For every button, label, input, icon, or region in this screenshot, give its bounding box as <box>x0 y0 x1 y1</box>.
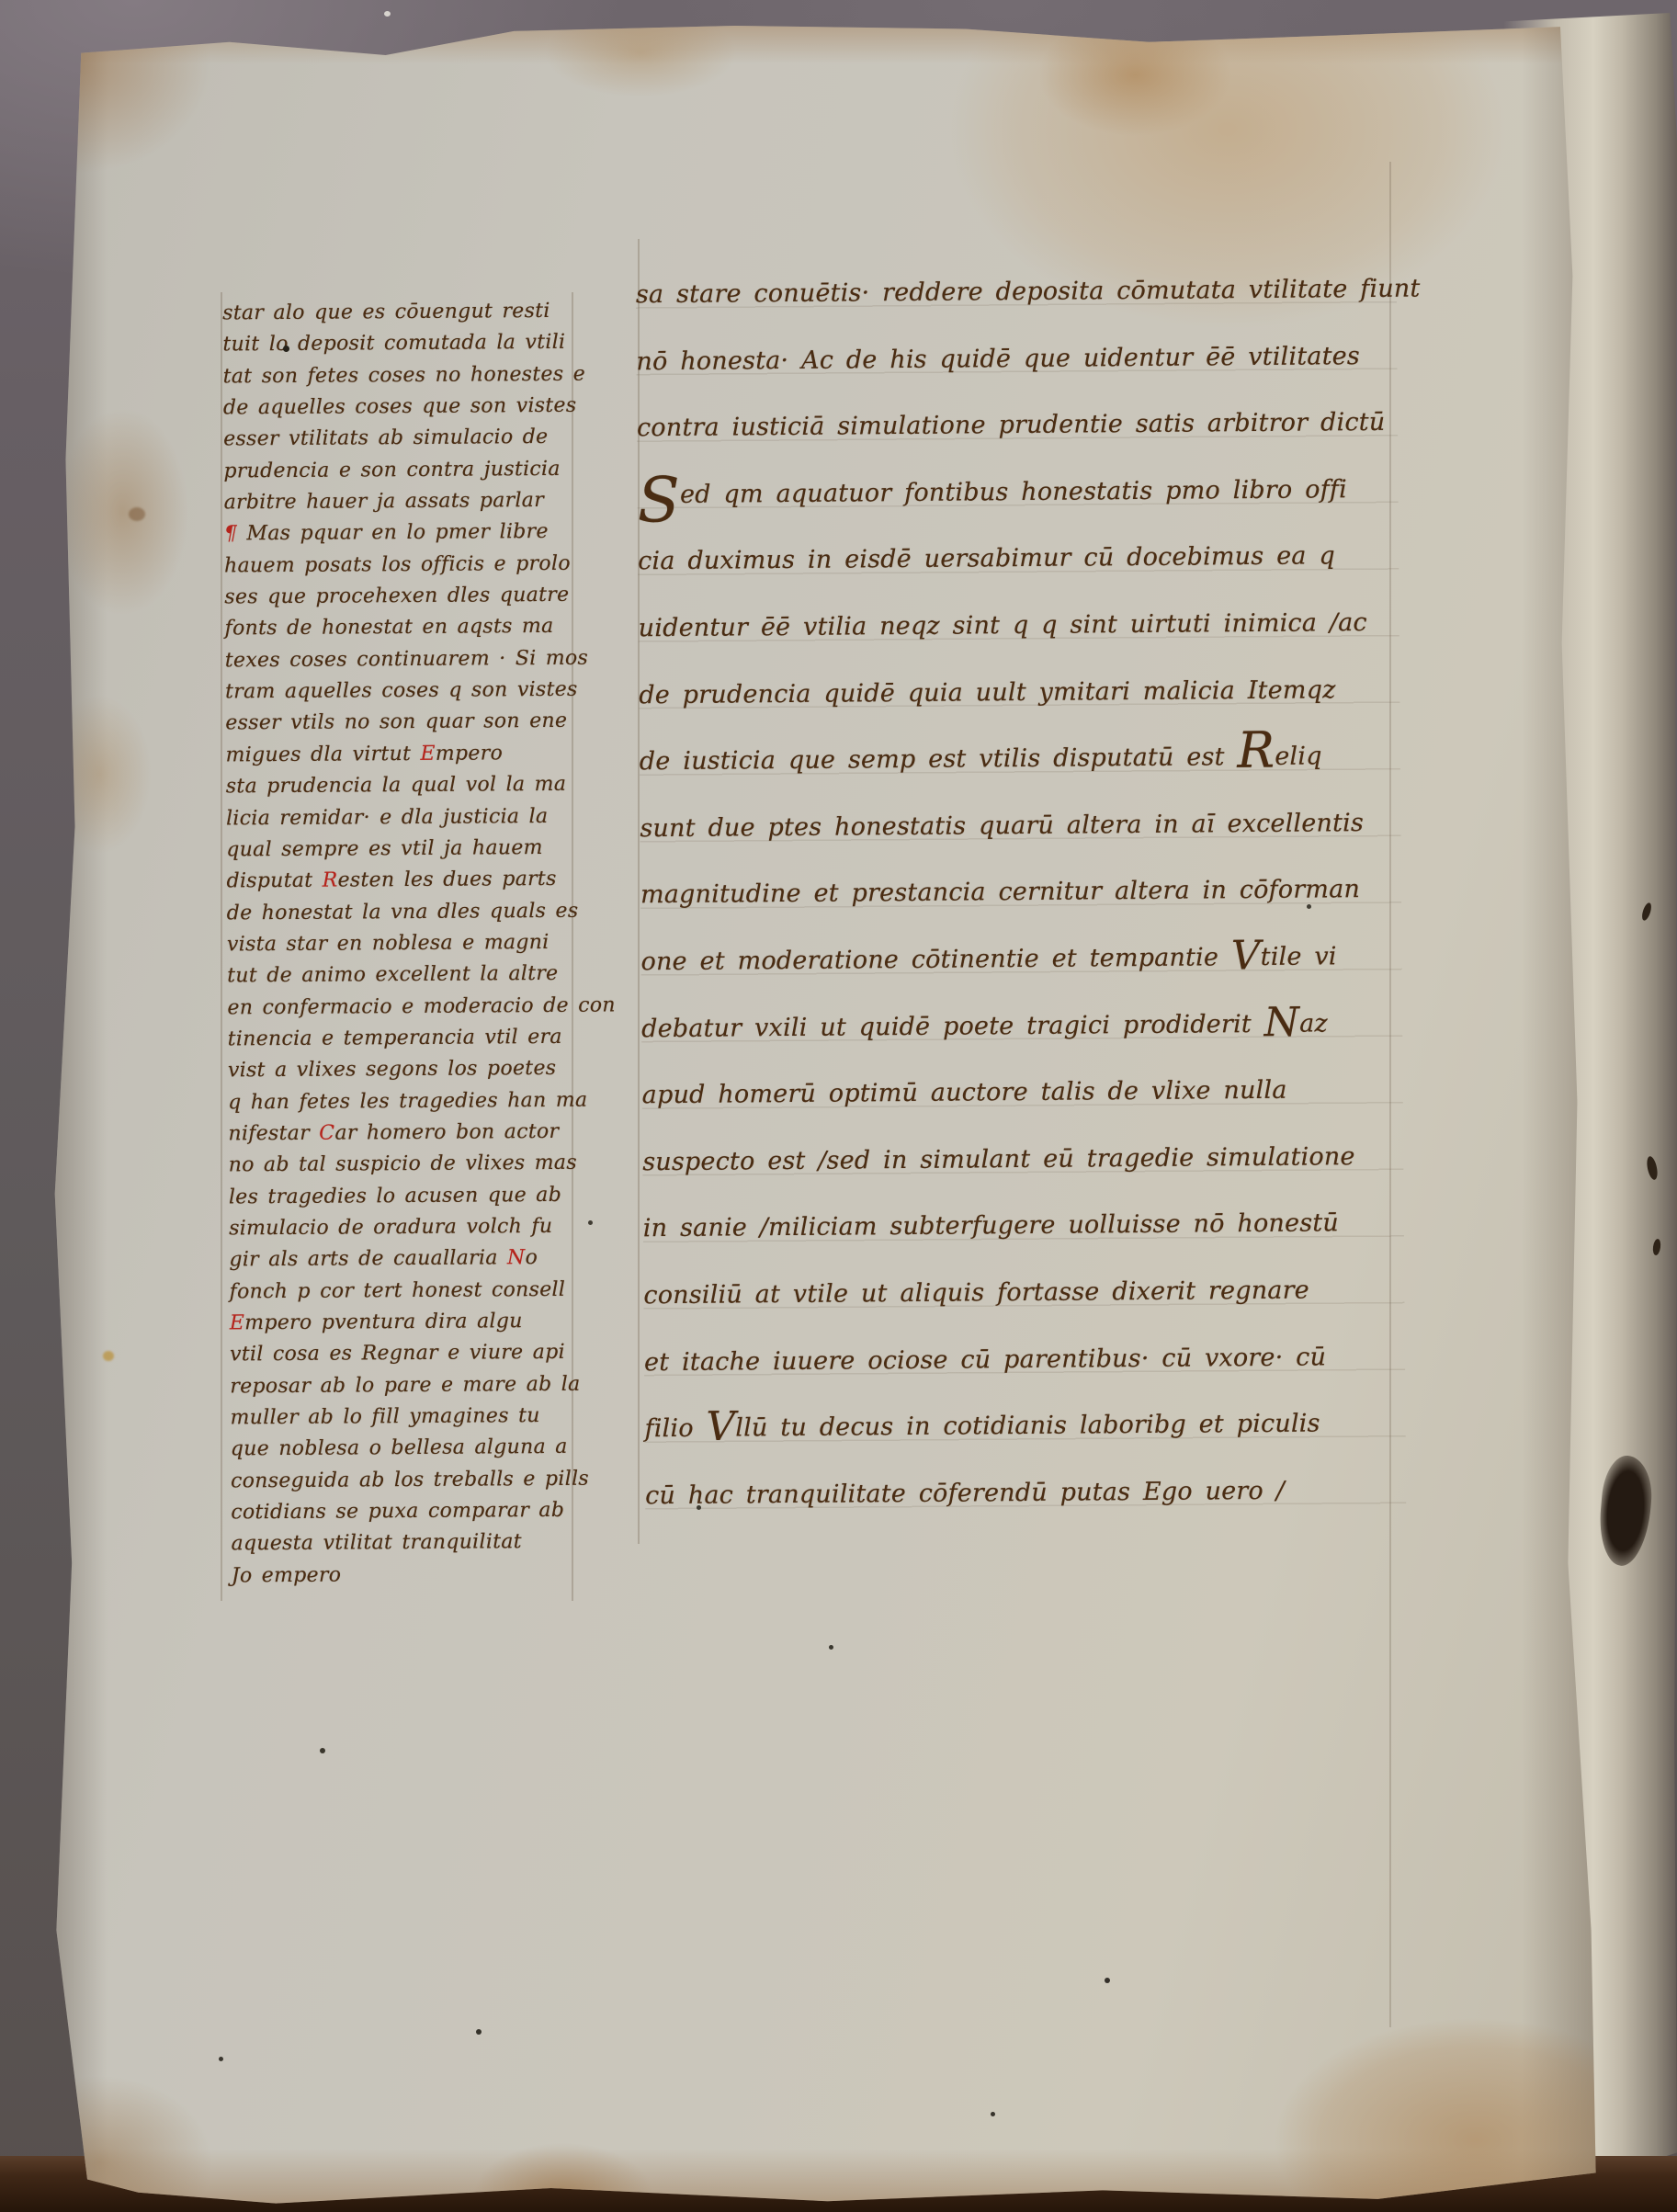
text-segment: mpero pventura dira algu <box>244 1310 523 1334</box>
text-segment: de iusticia que semp est vtilis disputat… <box>640 743 1238 776</box>
stain-spot <box>103 1351 114 1361</box>
text-line: disputat Resten les dues parts <box>226 864 595 898</box>
text-segment: cū hac tranquilitate cōferendū putas Ego… <box>645 1476 1285 1509</box>
rubric-letter: R <box>323 869 338 892</box>
text-line: suspecto est /sed in simulant eū tragedi… <box>642 1123 1404 1196</box>
text-segment: vtil cosa es Regnar e viure api <box>230 1341 565 1367</box>
text-segment: Mas pquar en lo pmer libre <box>246 520 548 545</box>
text-segment: reposar ab lo pare e mare ab la <box>230 1372 580 1398</box>
text-line: one et moderatione cōtinentie et tempant… <box>640 924 1402 996</box>
dust-speck <box>320 1748 325 1753</box>
text-segment: q han fetes les tragedies han ma <box>228 1088 587 1114</box>
text-line: nō honesta· Ac de his quidē que uidentur… <box>636 323 1398 395</box>
text-segment: ar homero bon actor <box>334 1120 559 1145</box>
dust-speck <box>697 1505 701 1510</box>
ink-dot <box>283 346 289 352</box>
text-line: et itache iuuere ociose cū parentibus· c… <box>644 1323 1406 1396</box>
text-segment: prudencia e son contra justicia <box>223 458 561 483</box>
text-segment: in sanie /miliciam subterfugere uolluiss… <box>643 1209 1339 1243</box>
text-segment: disputat <box>226 869 322 893</box>
text-segment: sta prudencia la qual vol la ma <box>226 773 567 799</box>
text-line: tat son fetes coses no honestes e <box>223 358 593 392</box>
text-line: en confermacio e moderacio de con <box>227 990 596 1024</box>
text-line: sunt due ptes honestatis quarū altera in… <box>640 790 1401 863</box>
text-line: apud homerū optimū auctore talis de vlix… <box>641 1057 1403 1129</box>
text-line: de iusticia que semp est vtilis disputat… <box>640 723 1401 796</box>
text-line: arbitre hauer ja assats parlar <box>224 485 594 519</box>
text-line: tut de animo excellent la altre <box>227 959 596 993</box>
text-line: gir als arts de cauallaria No <box>229 1242 598 1276</box>
text-segment: vista star en noblesa e magni <box>227 931 550 956</box>
text-line: uidentur ēē vtilia neqz sint q q sint ui… <box>638 590 1399 663</box>
large-initial: S <box>637 463 680 536</box>
text-segment: tut de animo excellent la altre <box>227 962 558 988</box>
text-segment: ses que procehexen dles quatre <box>224 584 569 609</box>
text-line: nifestar Car homero bon actor <box>228 1117 597 1151</box>
text-line: vist a vlixes segons los poetes <box>228 1053 597 1087</box>
text-segment: de prudencia quidē quia uult ymitari mal… <box>639 675 1336 709</box>
text-line: migues dla virtut Empero <box>225 737 595 771</box>
text-segment: les tragedies lo acusen que ab <box>229 1183 561 1208</box>
text-line: Jo empero <box>232 1558 601 1592</box>
dust-speck <box>1307 904 1311 909</box>
large-initial: V <box>1231 932 1261 979</box>
dust-speck <box>991 2112 995 2116</box>
text-line: esser vtils no son quar son ene <box>225 706 595 740</box>
large-initial: V <box>706 1403 735 1450</box>
text-line: tinencia e temperancia vtil era <box>228 1022 597 1056</box>
text-segment: tile vi <box>1261 942 1337 971</box>
text-segment: sa stare conuētis· reddere deposita cōmu… <box>636 275 1421 310</box>
text-segment: magnitudine et prestancia cernitur alter… <box>640 875 1360 909</box>
text-segment: hauem posats los officis e prolo <box>224 552 571 578</box>
text-segment: que noblesa o bellesa alguna a <box>231 1435 568 1461</box>
text-line: filio Vllū tu decus in cotidianis labori… <box>644 1390 1406 1463</box>
text-line: texes coses continuarem · Si mos <box>225 642 595 676</box>
text-line: cū hac tranquilitate cōferendū putas Ego… <box>645 1457 1407 1529</box>
text-line: de aquelles coses que son vistes <box>223 391 593 425</box>
text-line: licia remidar· e dla justicia la <box>226 800 595 834</box>
text-line: q han fetes les tragedies han ma <box>228 1084 597 1118</box>
text-line: prudencia e son contra justicia <box>223 453 593 487</box>
rubric-letter: E <box>230 1311 245 1334</box>
text-line: tuit lo deposit comutada la vtili <box>222 327 592 361</box>
text-line: esser vtilitats ab simulacio de <box>223 422 593 456</box>
text-segment: texes coses continuarem · Si mos <box>225 646 588 672</box>
text-segment: no ab tal suspicio de vlixes mas <box>229 1151 577 1177</box>
text-line: les tragedies lo acusen que ab <box>229 1179 598 1213</box>
text-segment: tram aquelles coses q son vistes <box>225 678 578 704</box>
large-initial: R <box>1237 721 1275 779</box>
text-line: Sed qm aquatuor fontibus honestatis pmo … <box>637 457 1399 529</box>
dust-speck <box>476 2029 482 2035</box>
text-line: reposar ab lo pare e mare ab la <box>230 1368 599 1402</box>
text-line: debatur vxili ut quidē poete tragici pro… <box>641 990 1403 1062</box>
dust-speck <box>219 2057 223 2061</box>
dust-speck <box>829 1645 833 1650</box>
text-segment: de honestat la vna dles quals es <box>227 899 579 925</box>
text-line: de prudencia quidē quia uult ymitari mal… <box>639 656 1400 729</box>
text-segment: conseguida ab los treballs e pills <box>231 1467 589 1492</box>
text-segment: Jo empero <box>232 1563 342 1587</box>
ruling-line <box>221 292 222 1601</box>
text-segment: uidentur ēē vtilia neqz sint q q sint ui… <box>639 608 1367 642</box>
text-line: cia duximus in eisdē uersabimur cū doceb… <box>638 523 1399 596</box>
stain-spot <box>129 507 145 521</box>
text-segment: nō honesta· Ac de his quidē que uidentur… <box>636 342 1360 376</box>
text-segment: gir als arts de cauallaria <box>229 1247 507 1272</box>
text-line: muller ab lo fill ymagines tu <box>230 1401 599 1435</box>
text-segment: az <box>1299 1009 1328 1038</box>
text-segment: consiliū at vtile ut aliquis fortasse di… <box>643 1276 1309 1310</box>
text-line: magnitudine et prestancia cernitur alter… <box>640 856 1402 929</box>
text-segment: et itache iuuere ociose cū parentibus· c… <box>644 1343 1326 1377</box>
text-segment: star alo que es cōuengut resti <box>222 300 550 324</box>
text-segment: o <box>525 1246 538 1269</box>
text-segment: esser vtils no son quar son ene <box>225 709 567 735</box>
text-line: ¶ Mas pquar en lo pmer libre <box>224 516 594 550</box>
text-line: tram aquelles coses q son vistes <box>225 675 595 709</box>
left-column-catalan-text: star alo que es cōuengut restituit lo de… <box>222 296 601 1593</box>
text-segment: fonch p cor tert honest consell <box>230 1277 566 1303</box>
rubric-letter: ¶ <box>224 523 247 546</box>
text-segment: nifestar <box>228 1122 319 1146</box>
text-line: ses que procehexen dles quatre <box>224 580 594 614</box>
dust-speck <box>588 1220 593 1225</box>
text-segment: sunt due ptes honestatis quarū altera in… <box>640 809 1364 843</box>
text-line: star alo que es cōuengut resti <box>222 296 592 330</box>
text-segment: muller ab lo fill ymagines tu <box>231 1404 540 1429</box>
text-line: aquesta vtilitat tranquilitat <box>231 1526 600 1560</box>
large-initial: N <box>1263 999 1299 1046</box>
text-line: sta prudencia la qual vol la ma <box>226 769 595 803</box>
text-segment: migues dla virtut <box>225 743 420 766</box>
text-segment: llū tu decus in cotidianis laboribg et p… <box>735 1410 1320 1443</box>
text-segment: fonts de honestat en aqsts ma <box>225 615 554 640</box>
text-line: fonch p cor tert honest consell <box>230 1274 599 1308</box>
text-segment: filio <box>644 1414 706 1444</box>
text-line: fonts de honestat en aqsts ma <box>224 611 594 645</box>
text-segment: tat son fetes coses no honestes e <box>223 362 585 388</box>
text-segment: apud homerū optimū auctore talis de vlix… <box>642 1076 1287 1110</box>
text-line: qual sempre es vtil ja hauem <box>226 832 595 866</box>
text-line: que noblesa o bellesa alguna a <box>231 1432 600 1466</box>
text-segment: simulacio de oradura volch fu <box>229 1215 552 1240</box>
text-line: consiliū at vtile ut aliquis fortasse di… <box>643 1257 1405 1330</box>
text-line: vista star en noblesa e magni <box>227 926 596 960</box>
text-segment: cotidians se puxa comparar ab <box>231 1499 564 1525</box>
text-line: simulacio de oradura volch fu <box>229 1211 598 1245</box>
text-segment: vist a vlixes segons los poetes <box>228 1057 557 1082</box>
text-segment: qual sempre es vtil ja hauem <box>226 836 543 861</box>
text-segment: suspecto est /sed in simulant eū tragedi… <box>642 1142 1355 1176</box>
text-segment: esser vtilitats ab simulacio de <box>223 425 548 450</box>
text-line: conseguida ab los treballs e pills <box>231 1463 600 1497</box>
rubric-letter: N <box>507 1246 526 1269</box>
text-segment: tinencia e temperancia vtil era <box>228 1026 562 1051</box>
text-segment: de aquelles coses que son vistes <box>223 394 577 420</box>
text-segment: cia duximus in eisdē uersabimur cū doceb… <box>638 542 1335 576</box>
text-segment: contra iusticiā simulatione prudentie sa… <box>637 408 1386 442</box>
right-column-latin-text: sa stare conuētis· reddere deposita cōmu… <box>636 256 1407 1530</box>
text-line: sa stare conuētis· reddere deposita cōmu… <box>636 256 1398 329</box>
text-segment: one et moderatione cōtinentie et tempant… <box>640 943 1231 976</box>
text-segment: tuit lo deposit comutada la vtili <box>222 331 565 357</box>
text-line: de honestat la vna dles quals es <box>227 895 596 929</box>
rubric-letter: E <box>420 743 436 766</box>
dust-speck <box>384 11 391 17</box>
text-line: contra iusticiā simulatione prudentie sa… <box>637 390 1399 462</box>
rubric-letter: C <box>319 1122 334 1145</box>
text-segment: aquesta vtilitat tranquilitat <box>231 1531 521 1556</box>
text-line: Empero pventura dira algu <box>230 1306 599 1340</box>
manuscript-photo: { "colors": { "ink": "#4a2c12", "rubric"… <box>0 0 1677 2212</box>
text-line: hauem posats los officis e prolo <box>224 548 594 582</box>
text-segment: debatur vxili ut quidē poete tragici pro… <box>641 1009 1264 1042</box>
text-line: no ab tal suspicio de vlixes mas <box>229 1148 598 1182</box>
text-segment: esten les dues parts <box>337 868 556 892</box>
text-segment: en confermacio e moderacio de con <box>227 993 616 1019</box>
dust-speck <box>1105 1978 1110 1983</box>
text-line: in sanie /miliciam subterfugere uolluiss… <box>643 1190 1405 1263</box>
text-segment: ed qm aquatuor fontibus honestatis pmo l… <box>680 475 1347 509</box>
text-segment: eliq <box>1275 743 1322 771</box>
text-line: vtil cosa es Regnar e viure api <box>230 1337 599 1371</box>
text-segment: arbitre hauer ja assats parlar <box>224 489 545 514</box>
text-segment: licia remidar· e dla justicia la <box>226 804 548 829</box>
text-line: cotidians se puxa comparar ab <box>231 1495 600 1529</box>
text-segment: mpero <box>436 742 503 766</box>
